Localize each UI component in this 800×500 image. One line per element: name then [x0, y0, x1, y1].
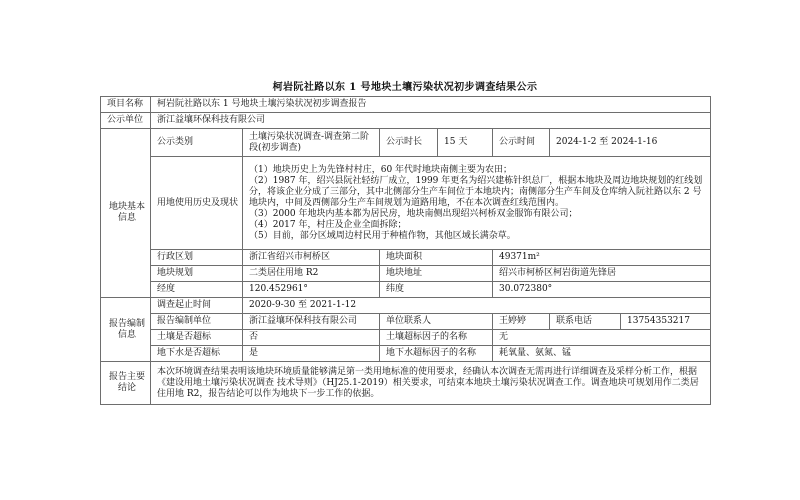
soil-exceed-label: 土壤是否超标	[151, 330, 243, 346]
admin-division-value: 浙江省绍兴市柯桥区	[243, 250, 380, 266]
report-unit-label: 报告编制单位	[151, 314, 243, 330]
publicity-unit-value: 浙江益壤环保科技有限公司	[151, 113, 711, 129]
report-unit-value: 浙江益壤环保科技有限公司	[243, 314, 380, 330]
document-title: 柯岩阮社路以东 1 号地块土壤污染状况初步调查结果公示	[100, 78, 710, 93]
table-row: 经度 120.452961° 纬度 30.072380°	[101, 282, 711, 298]
plot-area-label: 地块面积	[380, 250, 493, 266]
publicity-unit-label: 公示单位	[101, 113, 151, 129]
contact-phone-label: 联系电话	[550, 314, 621, 330]
publicity-type-value: 土壤污染状况调查-调查第二阶段(初步调查)	[243, 129, 380, 157]
groundwater-exceed-label: 地下水是否超标	[151, 346, 243, 362]
plot-planning-label: 地块规划	[151, 266, 243, 282]
survey-period-value: 2020-9-30 至 2021-1-12	[243, 298, 711, 314]
admin-division-label: 行政区划	[151, 250, 243, 266]
contact-phone-value: 13754353217	[621, 314, 711, 330]
table-row: 公示单位 浙江益壤环保科技有限公司	[101, 113, 711, 129]
plot-address-label: 地块地址	[380, 266, 493, 282]
soil-factor-label: 土壤超标因子的名称	[380, 330, 493, 346]
table-row: 用地使用历史及现状 （1）地块历史上为先锋村村庄，60 年代时地块南侧主要为农田…	[101, 157, 711, 250]
table-row: 地下水是否超标 是 地下水超标因子的名称 耗氧量、氨氮、锰	[101, 346, 711, 362]
project-name-value: 柯岩阮社路以东 1 号地块土壤污染状况初步调查报告	[151, 97, 711, 113]
document-page: 柯岩阮社路以东 1 号地块土壤污染状况初步调查结果公示 项目名称 柯岩阮社路以东…	[0, 0, 800, 500]
publicity-duration-label: 公示时长	[380, 129, 438, 157]
survey-period-label: 调查起止时间	[151, 298, 243, 314]
section-basic-info: 地块基本信息	[101, 129, 151, 298]
project-name-label: 项目名称	[101, 97, 151, 113]
table-row: 报告编制信息 调查起止时间 2020-9-30 至 2021-1-12	[101, 298, 711, 314]
publicity-period-value: 2024-1-2 至 2024-1-16	[550, 129, 711, 157]
latitude-value: 30.072380°	[493, 282, 711, 298]
conclusion-text: 本次环境调查结果表明该地块环境质量能够满足第一类用地标准的使用要求，经确认本次调…	[151, 362, 711, 405]
table-row: 地块规划 二类居住用地 R2 地块地址 绍兴市柯桥区柯岩街道先锋居	[101, 266, 711, 282]
publicity-type-label: 公示类别	[151, 129, 243, 157]
table-row: 土壤是否超标 否 土壤超标因子的名称 无	[101, 330, 711, 346]
contact-person-label: 单位联系人	[380, 314, 493, 330]
section-conclusion: 报告主要结论	[101, 362, 151, 405]
plot-area-value: 49371m²	[493, 250, 711, 266]
section-report-info: 报告编制信息	[101, 298, 151, 362]
table-row: 报告主要结论 本次环境调查结果表明该地块环境质量能够满足第一类用地标准的使用要求…	[101, 362, 711, 405]
contact-person-value: 王婷婷	[493, 314, 550, 330]
soil-factor-value: 无	[493, 330, 711, 346]
table-row: 报告编制单位 浙江益壤环保科技有限公司 单位联系人 王婷婷 联系电话 13754…	[101, 314, 711, 330]
groundwater-factor-label: 地下水超标因子的名称	[380, 346, 493, 362]
table-row: 项目名称 柯岩阮社路以东 1 号地块土壤污染状况初步调查报告	[101, 97, 711, 113]
publicity-period-label: 公示时间	[493, 129, 550, 157]
groundwater-exceed-value: 是	[243, 346, 380, 362]
longitude-value: 120.452961°	[243, 282, 380, 298]
announcement-table: 项目名称 柯岩阮社路以东 1 号地块土壤污染状况初步调查报告 公示单位 浙江益壤…	[100, 96, 711, 405]
latitude-label: 纬度	[380, 282, 493, 298]
land-history-value: （1）地块历史上为先锋村村庄，60 年代时地块南侧主要为农田； （2）1987 …	[243, 157, 711, 250]
table-row: 地块基本信息 公示类别 土壤污染状况调查-调查第二阶段(初步调查) 公示时长 1…	[101, 129, 711, 157]
soil-exceed-value: 否	[243, 330, 380, 346]
publicity-duration-value: 15 天	[438, 129, 493, 157]
groundwater-factor-value: 耗氧量、氨氮、锰	[493, 346, 711, 362]
plot-address-value: 绍兴市柯桥区柯岩街道先锋居	[493, 266, 711, 282]
table-row: 行政区划 浙江省绍兴市柯桥区 地块面积 49371m²	[101, 250, 711, 266]
land-history-label: 用地使用历史及现状	[151, 157, 243, 250]
longitude-label: 经度	[151, 282, 243, 298]
plot-planning-value: 二类居住用地 R2	[243, 266, 380, 282]
